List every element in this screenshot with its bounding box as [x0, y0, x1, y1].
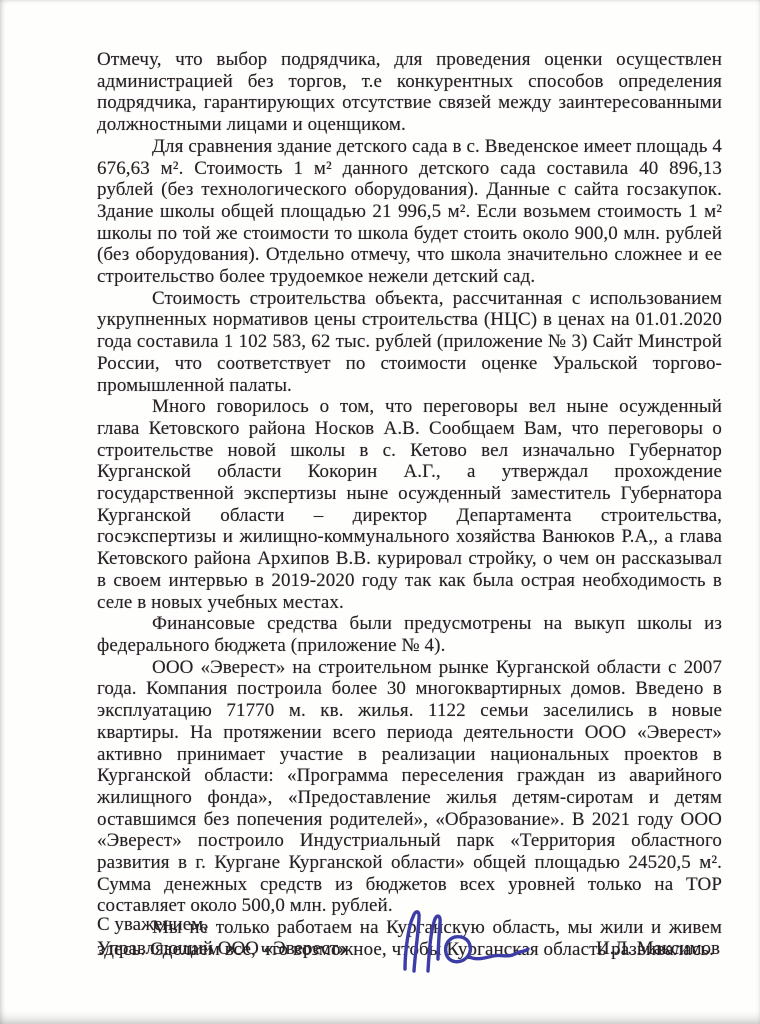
- paragraph-contractor-selection: Отмечу, что выбор подрядчика, для провед…: [97, 49, 722, 136]
- closing-title: Управляющий ООО «Эверест»: [97, 937, 348, 961]
- paragraph-everest-company: ООО «Эверест» на строительном рынке Кург…: [97, 657, 722, 917]
- signature-strokes: [405, 912, 528, 971]
- paragraph-federal-budget: Финансовые средства были предусмотрены н…: [97, 613, 722, 656]
- paragraph-negotiations: Много говорилось о том, что переговоры в…: [97, 396, 722, 613]
- paragraph-kindergarten-comparison: Для сравнения здание детского сада в с. …: [97, 136, 722, 288]
- signature-icon: [395, 897, 535, 985]
- closing-salutation: С уважением,: [97, 913, 348, 937]
- closing-left: С уважением, Управляющий ООО «Эверест»: [97, 913, 348, 961]
- signer-name: И.Л. Максимов: [596, 937, 720, 961]
- scanned-letter-page: Отмечу, что выбор подрядчика, для провед…: [0, 0, 760, 1024]
- paragraph-construction-cost: Стоимость строительства объекта, рассчит…: [97, 288, 722, 397]
- letter-body: Отмечу, что выбор подрядчика, для провед…: [97, 49, 722, 961]
